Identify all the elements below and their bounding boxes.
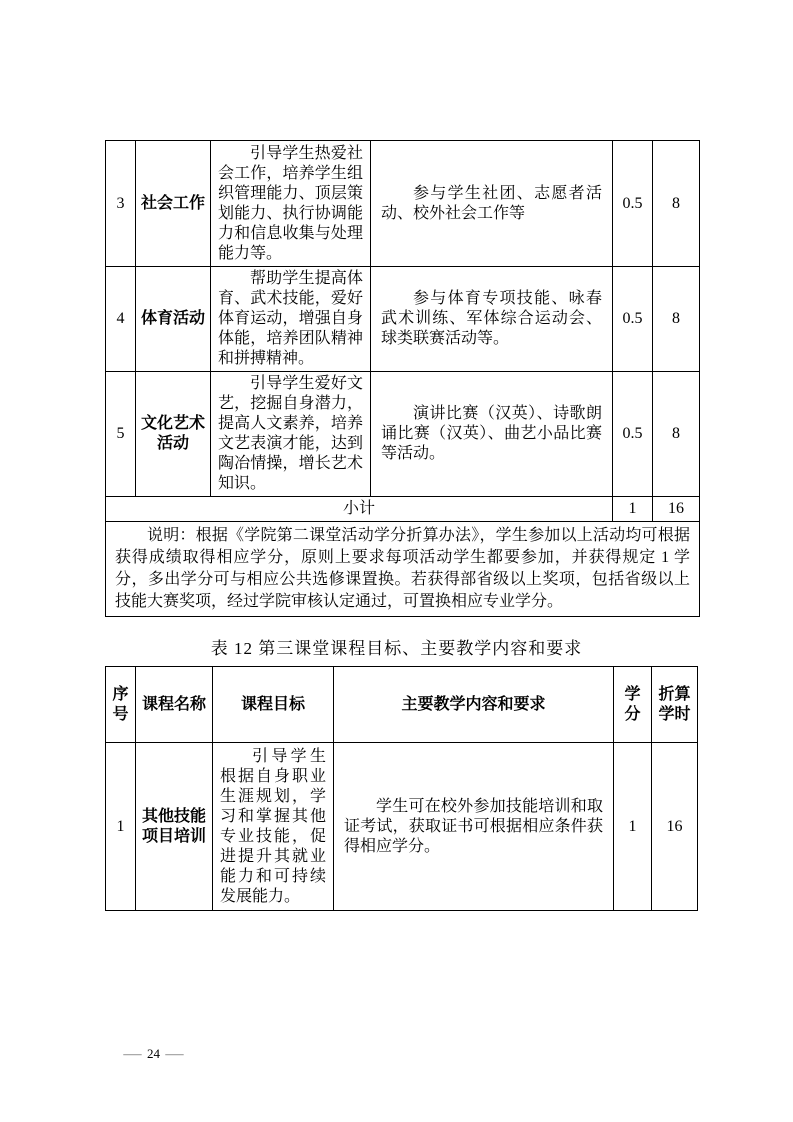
page-footer: — 24 —	[126, 1046, 181, 1062]
goal-text: 引导学生爱好文艺，挖掘自身潜力，提高人文素养，培养文艺表演才能，达到陶冶情操，增…	[218, 374, 363, 494]
activity-content-cell: 参与体育专项技能、咏春武术训练、军体综合运动会、球类联赛活动等。	[371, 267, 613, 372]
goal-text: 引导学生根据自身职业生涯规划，学习和掌握其他专业技能，促进提升其就业能力和可持续…	[220, 747, 326, 907]
table-row: 5 文化艺术活动 引导学生爱好文艺，挖掘自身潜力，提高人文素养，培养文艺表演才能…	[106, 372, 700, 497]
hours-cell: 16	[652, 743, 698, 911]
hours-cell: 8	[653, 372, 700, 497]
credit-cell: 1	[614, 743, 652, 911]
hours-cell: 8	[653, 141, 700, 267]
table-row: 3 社会工作 引导学生热爱社会工作，培养学生组织管理能力、顶层策划能力、执行协调…	[106, 141, 700, 267]
activity-goal-cell: 引导学生热爱社会工作，培养学生组织管理能力、顶层策划能力、执行协调能力和信息收集…	[211, 141, 371, 267]
note-text: 说明：根据《学院第二课堂活动学分折算办法》，学生参加以上活动均可根据获得成绩取得…	[115, 525, 690, 613]
row-number-cell: 5	[106, 372, 136, 497]
subtotal-hours-cell: 16	[653, 497, 700, 522]
header-row: 序号 课程名称 课程目标 主要教学内容和要求 学分 折算学时	[106, 667, 698, 743]
activity-name-cell: 文化艺术活动	[136, 372, 211, 497]
subtotal-credit-cell: 1	[613, 497, 653, 522]
table-12-caption: 表 12 第三课堂课程目标、主要教学内容和要求	[0, 634, 793, 659]
footer-left-dash: —	[123, 1046, 141, 1062]
note-cell: 说明：根据《学院第二课堂活动学分折算办法》，学生参加以上活动均可根据获得成绩取得…	[106, 522, 700, 617]
hours-cell: 8	[653, 267, 700, 372]
header-no: 序号	[106, 667, 136, 743]
activity-name-cell: 体育活动	[136, 267, 211, 372]
header-credit: 学分	[614, 667, 652, 743]
subtotal-row: 小计 1 16	[106, 497, 700, 522]
content-text: 参与体育专项技能、咏春武术训练、军体综合运动会、球类联赛活动等。	[381, 289, 602, 349]
course-goal-cell: 引导学生根据自身职业生涯规划，学习和掌握其他专业技能，促进提升其就业能力和可持续…	[213, 743, 334, 911]
goal-text: 引导学生热爱社会工作，培养学生组织管理能力、顶层策划能力、执行协调能力和信息收集…	[218, 144, 363, 264]
header-content: 主要教学内容和要求	[334, 667, 614, 743]
second-classroom-activities-table: 3 社会工作 引导学生热爱社会工作，培养学生组织管理能力、顶层策划能力、执行协调…	[105, 140, 700, 617]
activity-content-cell: 参与学生社团、志愿者活动、校外社会工作等	[371, 141, 613, 267]
third-classroom-courses-table: 序号 课程名称 课程目标 主要教学内容和要求 学分 折算学时 1 其他技能项目培…	[105, 666, 698, 911]
document-page: 3 社会工作 引导学生热爱社会工作，培养学生组织管理能力、顶层策划能力、执行协调…	[0, 0, 793, 1122]
credit-cell: 0.5	[613, 267, 653, 372]
goal-text: 帮助学生提高体育、武术技能，爱好体育运动，增强自身体能，培养团队精神和拼搏精神。	[218, 269, 363, 369]
header-course-name: 课程名称	[136, 667, 213, 743]
credit-cell: 0.5	[613, 372, 653, 497]
activity-content-cell: 演讲比赛（汉英）、诗歌朗诵比赛（汉英）、曲艺小品比赛等活动。	[371, 372, 613, 497]
row-number-cell: 1	[106, 743, 136, 911]
subtotal-label-cell: 小计	[106, 497, 613, 522]
header-course-goal: 课程目标	[213, 667, 334, 743]
activity-goal-cell: 引导学生爱好文艺，挖掘自身潜力，提高人文素养，培养文艺表演才能，达到陶冶情操，增…	[211, 372, 371, 497]
table-row: 4 体育活动 帮助学生提高体育、武术技能，爱好体育运动，增强自身体能，培养团队精…	[106, 267, 700, 372]
row-number-cell: 3	[106, 141, 136, 267]
content-text: 参与学生社团、志愿者活动、校外社会工作等	[381, 184, 602, 224]
course-content-cell: 学生可在校外参加技能培训和取证考试，获取证书可根据相应条件获得相应学分。	[334, 743, 614, 911]
activity-name-cell: 社会工作	[136, 141, 211, 267]
footer-right-dash: —	[165, 1046, 183, 1062]
course-name-cell: 其他技能项目培训	[136, 743, 213, 911]
activity-goal-cell: 帮助学生提高体育、武术技能，爱好体育运动，增强自身体能，培养团队精神和拼搏精神。	[211, 267, 371, 372]
credit-cell: 0.5	[613, 141, 653, 267]
header-hours: 折算学时	[652, 667, 698, 743]
page-number: 24	[147, 1046, 160, 1062]
content-text: 学生可在校外参加技能培训和取证考试，获取证书可根据相应条件获得相应学分。	[344, 797, 603, 857]
note-row: 说明：根据《学院第二课堂活动学分折算办法》，学生参加以上活动均可根据获得成绩取得…	[106, 522, 700, 617]
row-number-cell: 4	[106, 267, 136, 372]
content-text: 演讲比赛（汉英）、诗歌朗诵比赛（汉英）、曲艺小品比赛等活动。	[381, 404, 602, 464]
table-row: 1 其他技能项目培训 引导学生根据自身职业生涯规划，学习和掌握其他专业技能，促进…	[106, 743, 698, 911]
